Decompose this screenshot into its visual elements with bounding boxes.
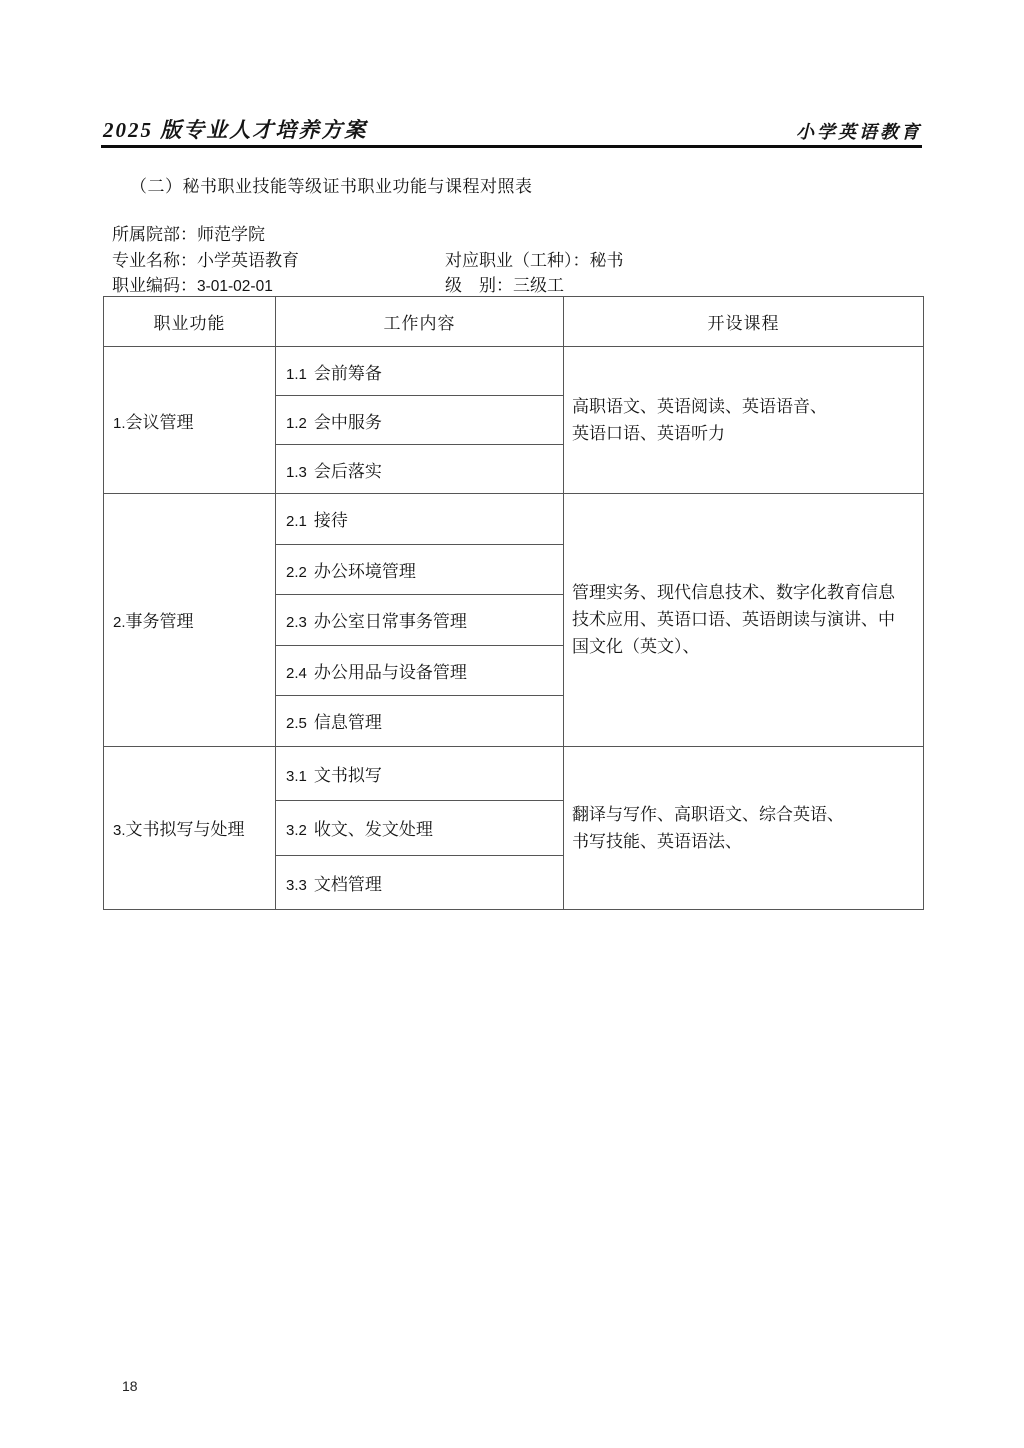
mapping-table: 职业功能 工作内容 开设课程 1.会议管理 1.1会前筹备 高职语文、英语阅读、… — [103, 296, 924, 910]
task-number: 1.1 — [286, 366, 307, 383]
code-pair: 职业编码：3-01-02-01 — [112, 271, 445, 296]
function-label: 文书拟写与处理 — [126, 820, 245, 839]
occupation-pair: 对应职业（工种）：秘书 — [445, 246, 624, 271]
header-double-rule — [101, 145, 922, 148]
running-header: 2025 版专业人才培养方案 小学英语教育 — [103, 114, 922, 144]
task-label: 接待 — [314, 511, 348, 530]
code-value: 3-01-02-01 — [197, 278, 273, 295]
header-right-title: 小学英语教育 — [796, 118, 922, 144]
courses-cell-documents: 翻译与写作、高职语文、综合英语、 书写技能、英语语法、 — [564, 746, 924, 910]
function-cell-documents: 3.文书拟写与处理 — [104, 746, 276, 910]
level-pair: 级 别：三级工 — [445, 271, 564, 296]
table-row: 2.事务管理 2.1接待 管理实务、现代信息技术、数字化教育信息 技术应用、英语… — [104, 494, 924, 545]
meta-block: 所属院部：师范学院 专业名称：小学英语教育 对应职业（工种）：秘书 职业编码：3… — [112, 220, 624, 297]
task-cell: 3.2收文、发文处理 — [276, 801, 564, 856]
task-number: 2.1 — [286, 513, 307, 530]
task-cell: 2.1接待 — [276, 494, 564, 545]
department-label: 所属院部： — [112, 225, 197, 244]
task-cell: 1.3会后落实 — [276, 445, 564, 494]
header-left-title: 2025 版专业人才培养方案 — [103, 114, 367, 144]
table-row: 1.会议管理 1.1会前筹备 高职语文、英语阅读、英语语音、 英语口语、英语听力 — [104, 347, 924, 396]
table-header-row: 职业功能 工作内容 开设课程 — [104, 297, 924, 347]
task-label: 办公用品与设备管理 — [314, 663, 467, 682]
major-label: 专业名称： — [112, 251, 197, 270]
task-number: 3.2 — [286, 822, 307, 839]
function-number: 1. — [113, 415, 126, 432]
task-number: 1.2 — [286, 415, 307, 432]
function-cell-affairs: 2.事务管理 — [104, 494, 276, 747]
col-header-task: 工作内容 — [276, 297, 564, 347]
page-number: 18 — [122, 1378, 138, 1394]
occupation-label: 对应职业（工种）： — [445, 251, 590, 270]
task-number: 1.3 — [286, 464, 307, 481]
major-value: 小学英语教育 — [197, 251, 299, 270]
task-label: 办公环境管理 — [314, 562, 416, 581]
table-row: 3.文书拟写与处理 3.1文书拟写 翻译与写作、高职语文、综合英语、 书写技能、… — [104, 746, 924, 801]
section-title: （二）秘书职业技能等级证书职业功能与课程对照表 — [130, 172, 533, 197]
department-pair: 所属院部：师范学院 — [112, 220, 445, 245]
task-cell: 2.4办公用品与设备管理 — [276, 645, 564, 696]
col-header-function: 职业功能 — [104, 297, 276, 347]
major-pair: 专业名称：小学英语教育 — [112, 246, 445, 271]
task-number: 3.3 — [286, 877, 307, 894]
task-cell: 2.2办公环境管理 — [276, 544, 564, 595]
function-label: 会议管理 — [126, 413, 194, 432]
task-number: 2.5 — [286, 715, 307, 732]
courses-cell-meeting: 高职语文、英语阅读、英语语音、 英语口语、英语听力 — [564, 347, 924, 494]
task-label: 会前筹备 — [314, 364, 382, 383]
courses-cell-affairs: 管理实务、现代信息技术、数字化教育信息 技术应用、英语口语、英语朗读与演讲、中 … — [564, 494, 924, 747]
task-label: 文档管理 — [314, 875, 382, 894]
level-label: 级 别： — [445, 276, 513, 295]
task-label: 收文、发文处理 — [314, 820, 433, 839]
department-value: 师范学院 — [197, 225, 265, 244]
level-value: 三级工 — [513, 276, 564, 295]
function-label: 事务管理 — [126, 612, 194, 631]
task-cell: 1.1会前筹备 — [276, 347, 564, 396]
task-number: 2.3 — [286, 614, 307, 631]
task-number: 2.2 — [286, 564, 307, 581]
task-cell: 3.1文书拟写 — [276, 746, 564, 801]
col-header-courses: 开设课程 — [564, 297, 924, 347]
function-cell-meeting: 1.会议管理 — [104, 347, 276, 494]
code-label: 职业编码： — [112, 276, 197, 295]
meta-line-department: 所属院部：师范学院 — [112, 220, 624, 246]
task-label: 信息管理 — [314, 713, 382, 732]
task-number: 3.1 — [286, 768, 307, 785]
task-cell: 1.2会中服务 — [276, 396, 564, 445]
task-label: 办公室日常事务管理 — [314, 612, 467, 631]
task-label: 会后落实 — [314, 462, 382, 481]
function-number: 3. — [113, 822, 126, 839]
task-number: 2.4 — [286, 665, 307, 682]
task-label: 会中服务 — [314, 413, 382, 432]
meta-line-major-occupation: 专业名称：小学英语教育 对应职业（工种）：秘书 — [112, 246, 624, 272]
document-page: 2025 版专业人才培养方案 小学英语教育 （二）秘书职业技能等级证书职业功能与… — [0, 0, 1024, 1448]
task-cell: 2.3办公室日常事务管理 — [276, 595, 564, 646]
function-number: 2. — [113, 614, 126, 631]
meta-line-code-level: 职业编码：3-01-02-01 级 别：三级工 — [112, 271, 624, 297]
occupation-value: 秘书 — [590, 251, 624, 270]
task-label: 文书拟写 — [314, 766, 382, 785]
task-cell: 2.5信息管理 — [276, 696, 564, 747]
task-cell: 3.3文档管理 — [276, 855, 564, 910]
